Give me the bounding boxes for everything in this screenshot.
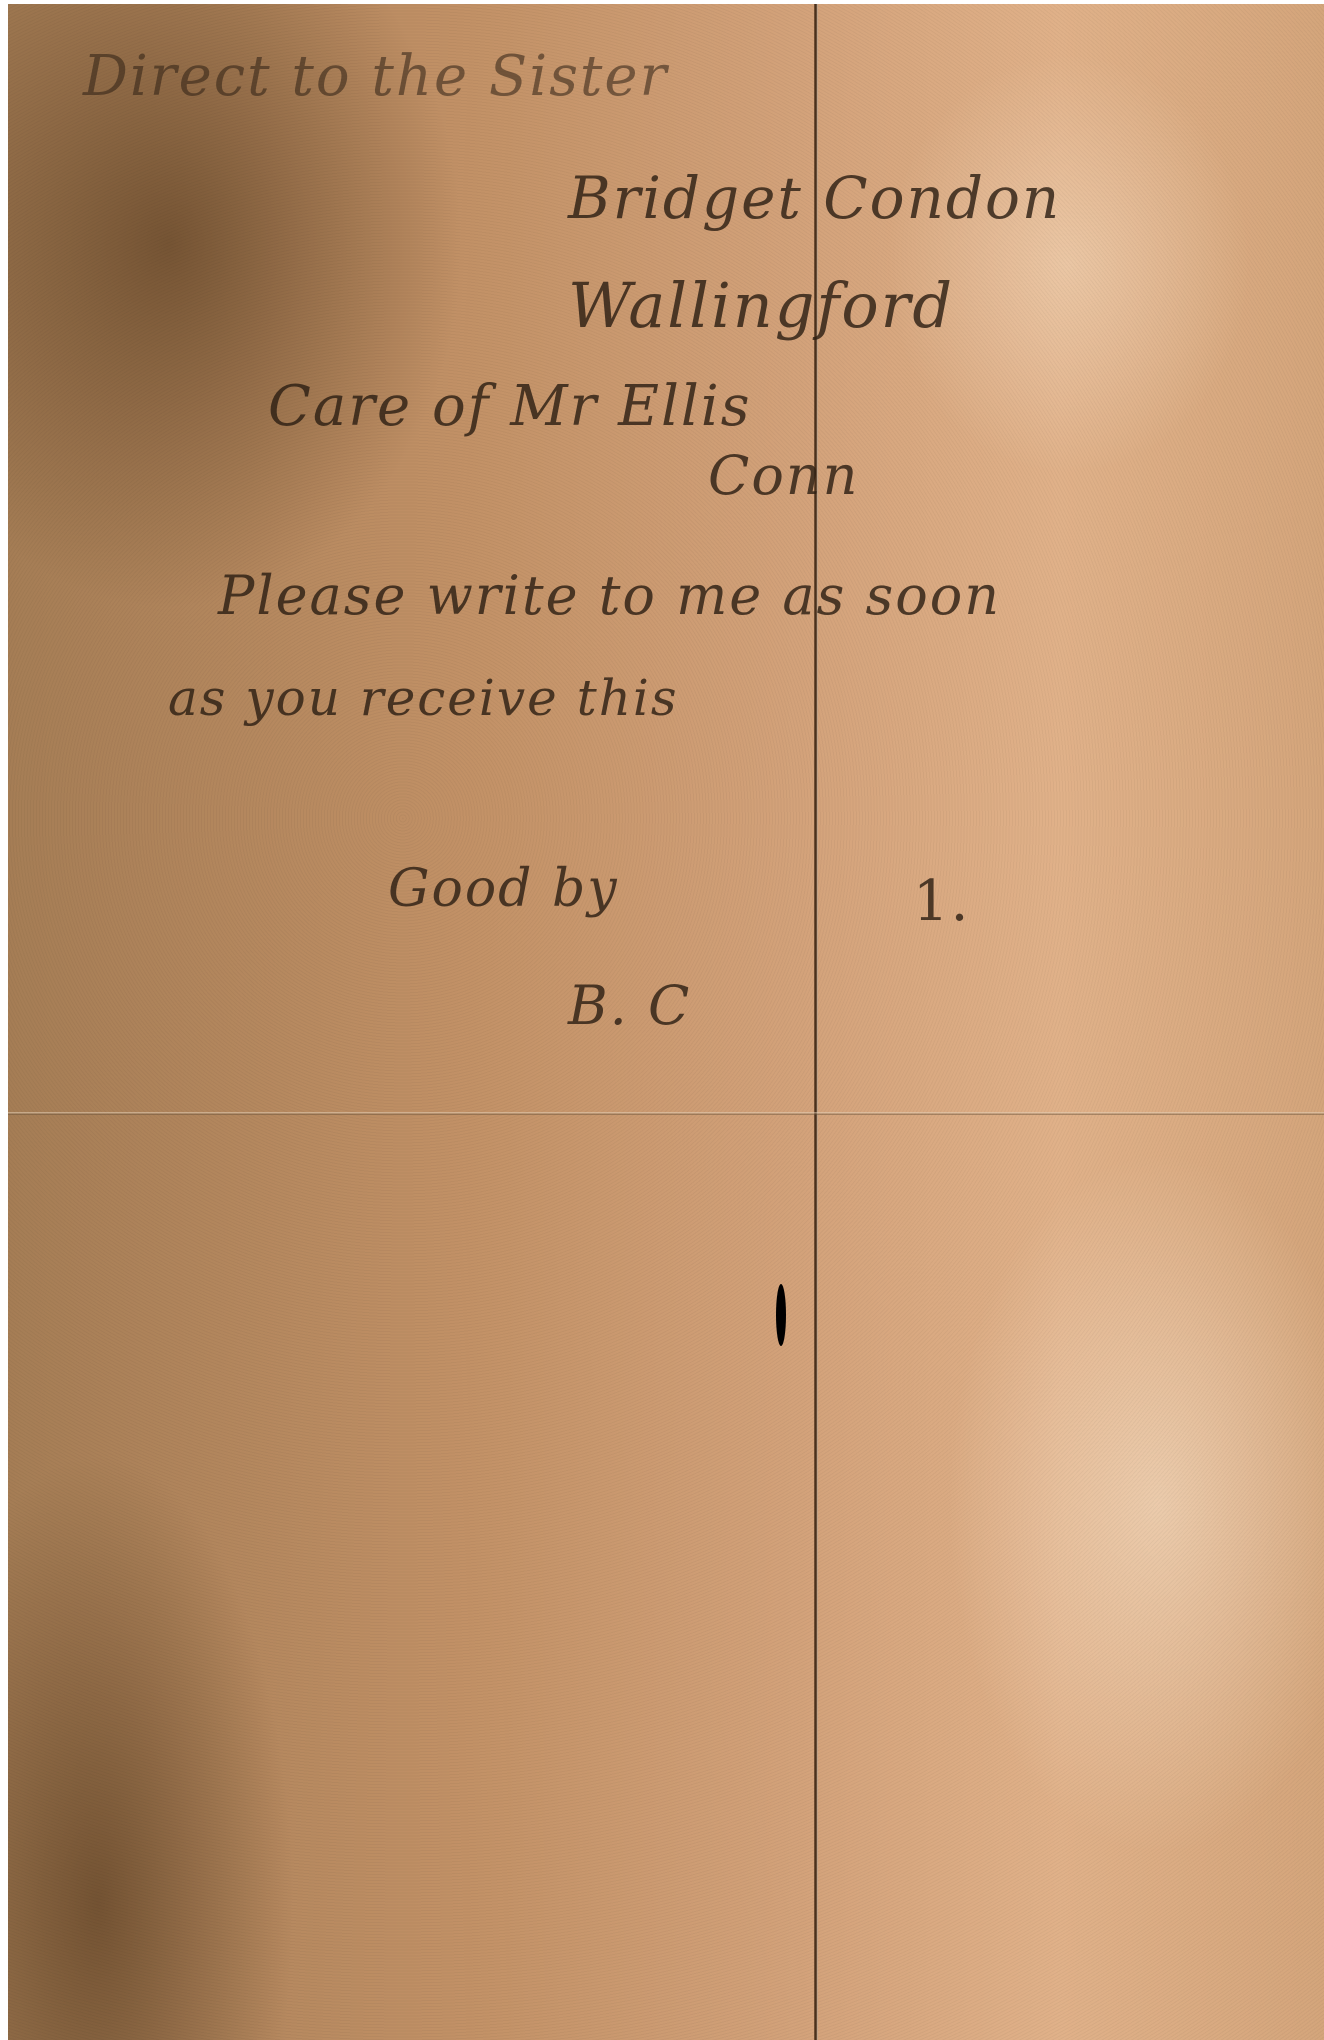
salutation-line: Direct to the Sister [83, 44, 668, 109]
recipient-town: Wallingford [568, 269, 954, 342]
recipient-name: Bridget Condon [568, 164, 1061, 232]
message-line-1: Please write to me as soon [218, 564, 1001, 627]
recipient-state: Conn [708, 444, 859, 507]
margin-mark: 1. [913, 869, 970, 934]
message-line-2: as you receive this [168, 669, 679, 727]
signature-initials: B. C [568, 974, 691, 1037]
horizontal-fold-crease [8, 1112, 1324, 1115]
paper-tear-hole [776, 1284, 786, 1346]
care-of-line: Care of Mr Ellis [268, 374, 751, 439]
letter-paper: Direct to the Sister Bridget Condon Wall… [8, 4, 1324, 2040]
closing: Good by [388, 859, 619, 919]
